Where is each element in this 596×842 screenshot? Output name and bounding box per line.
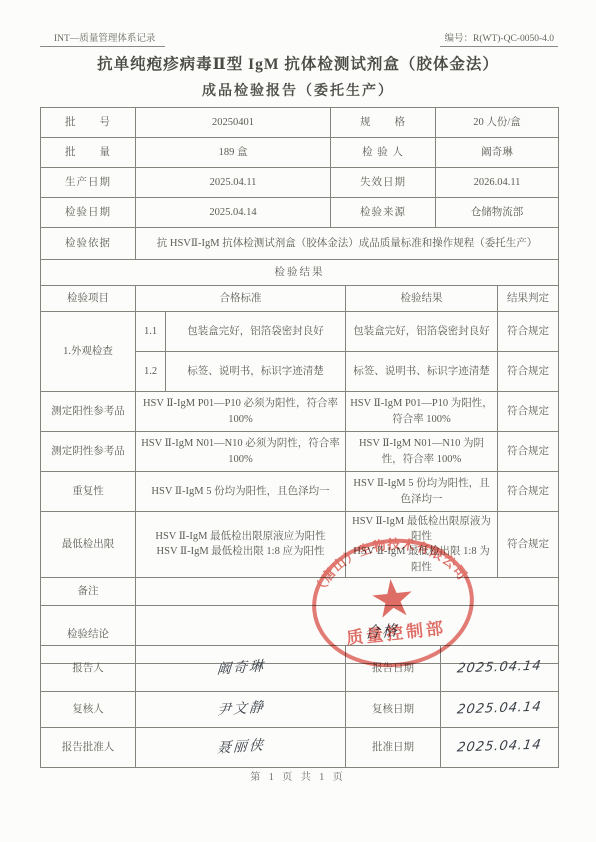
batch-no-label: 批 号 <box>41 108 136 138</box>
doc-code: 编号：R(WT)-QC-0050-4.0 <box>440 30 558 47</box>
appearance-judge: 符合规定 <box>498 312 559 352</box>
table-row: 复核人 尹文静 复核日期 2025.04.14 <box>41 692 559 728</box>
reporter-label: 报告人 <box>41 646 136 692</box>
lod-standard-line1: HSV Ⅱ-IgM 最低检出限原液应为阳性 <box>140 529 341 544</box>
source-value: 仓储物流部 <box>436 198 559 228</box>
table-row: 备注 <box>41 577 559 605</box>
doc-code-label: 编号： <box>444 34 473 44</box>
param-result: HSV Ⅱ-IgM N01—N10 为阴性，符合率 100% <box>346 432 498 472</box>
lod-result-line2: HSV Ⅱ-IgM 最低检出限 1:8 为阳性 <box>350 544 493 574</box>
page-title: 抗单纯疱疹病毒Ⅱ型 IgM 抗体检测试剂盒（胶体金法） <box>0 52 596 74</box>
table-row: 检验结果 <box>41 260 559 286</box>
col-header-result: 检验结果 <box>346 286 498 312</box>
doc-system-label: INT—质量管理体系记录 <box>40 30 165 47</box>
table-row: 重复性 HSV Ⅱ-IgM 5 份均为阳性，且色泽均一 HSV Ⅱ-IgM 5 … <box>41 472 559 512</box>
table-row: 检验日期 2025.04.14 检验来源 仓储物流部 <box>41 198 559 228</box>
approve-date-value: 2025.04.14 <box>441 728 559 768</box>
col-header-item: 检验项目 <box>41 286 136 312</box>
scanned-report-page: INT—质量管理体系记录 编号：R(WT)-QC-0050-4.0 抗单纯疱疹病… <box>0 0 596 842</box>
table-row: 测定阴性参考品 HSV Ⅱ-IgM N01—N10 必须为阴性，符合率 100%… <box>41 432 559 472</box>
review-date-label: 复核日期 <box>346 692 441 728</box>
reviewer-signature: 尹文静 <box>136 692 346 728</box>
page-header: INT—质量管理体系记录 编号：R(WT)-QC-0050-4.0 <box>40 30 558 47</box>
param-standard: HSV Ⅱ-IgM P01—P10 必须为阳性，符合率 100% <box>136 392 346 432</box>
appearance-result: 包装盒完好，铝箔袋密封良好 <box>346 312 498 352</box>
results-table: 检验结果 检验项目 合格标准 检验结果 结果判定 1.外观检查 1.1 包装盒完… <box>40 259 559 664</box>
insp-date-label: 检验日期 <box>41 198 136 228</box>
param-item: 重复性 <box>41 472 136 512</box>
param-judge: 符合规定 <box>498 392 559 432</box>
lod-result-line1: HSV Ⅱ-IgM 最低检出限原液为阳性 <box>350 514 493 544</box>
param-standard: HSV Ⅱ-IgM N01—N10 必须为阴性，符合率 100% <box>136 432 346 472</box>
lod-standard: HSV Ⅱ-IgM 最低检出限原液应为阳性 HSV Ⅱ-IgM 最低检出限 1:… <box>136 512 346 578</box>
param-judge: 符合规定 <box>498 472 559 512</box>
source-label: 检验来源 <box>331 198 436 228</box>
page-number: 第 1 页 共 1 页 <box>0 768 596 783</box>
table-row: 生产日期 2025.04.11 失效日期 2026.04.11 <box>41 168 559 198</box>
remark-label: 备注 <box>41 577 136 605</box>
page-subtitle: 成品检验报告（委托生产） <box>0 80 596 100</box>
review-date-value: 2025.04.14 <box>441 692 559 728</box>
appearance-result: 标签、说明书、标识字迹清楚 <box>346 352 498 392</box>
appearance-judge: 符合规定 <box>498 352 559 392</box>
reviewer-label: 复核人 <box>41 692 136 728</box>
table-row: 测定阳性参考品 HSV Ⅱ-IgM P01—P10 必须为阳性，符合率 100%… <box>41 392 559 432</box>
info-table: 批 号 20250401 规 格 20 人份/盒 批 量 189 盒 检 验 人… <box>40 107 559 228</box>
results-section-title: 检验结果 <box>41 260 559 286</box>
report-date-label: 报告日期 <box>346 646 441 692</box>
table-row: 1.外观检查 1.1 包装盒完好，铝箔袋密封良好 包装盒完好，铝箔袋密封良好 符… <box>41 312 559 352</box>
reporter-signature: 阚奇琳 <box>136 646 346 692</box>
basis-value: 抗 HSVⅡ-IgM 抗体检测试剂盒（胶体金法）成品质量标准和操作规程（委托生产… <box>136 228 559 260</box>
approver-signature: 聂丽侠 <box>136 728 346 768</box>
exp-date-value: 2026.04.11 <box>436 168 559 198</box>
table-row: 报告人 阚奇琳 报告日期 2025.04.14 <box>41 646 559 692</box>
table-row: 检验依据 抗 HSVⅡ-IgM 抗体检测试剂盒（胶体金法）成品质量标准和操作规程… <box>41 228 559 260</box>
approve-date-label: 批准日期 <box>346 728 441 768</box>
lod-result: HSV Ⅱ-IgM 最低检出限原液为阳性 HSV Ⅱ-IgM 最低检出限 1:8… <box>346 512 498 578</box>
batch-qty-value: 189 盒 <box>136 138 331 168</box>
param-judge: 符合规定 <box>498 432 559 472</box>
col-header-standard: 合格标准 <box>136 286 346 312</box>
appearance-row-no: 1.2 <box>136 352 166 392</box>
param-result: HSV Ⅱ-IgM 5 份均为阳性，且色泽均一 <box>346 472 498 512</box>
table-row: 批 量 189 盒 检 验 人 阚奇琳 <box>41 138 559 168</box>
table-row: 批 号 20250401 规 格 20 人份/盒 <box>41 108 559 138</box>
insp-date-value: 2025.04.14 <box>136 198 331 228</box>
approver-label: 报告批准人 <box>41 728 136 768</box>
signoff-table: 报告人 阚奇琳 报告日期 2025.04.14 复核人 尹文静 复核日期 202… <box>40 645 559 768</box>
exp-date-label: 失效日期 <box>331 168 436 198</box>
param-standard: HSV Ⅱ-IgM 5 份均为阳性，且色泽均一 <box>136 472 346 512</box>
reviewer-handwriting: 尹文静 <box>216 698 265 722</box>
appearance-standard: 标签、说明书，标识字迹清楚 <box>166 352 346 392</box>
param-item: 测定阳性参考品 <box>41 392 136 432</box>
lod-standard-line2: HSV Ⅱ-IgM 最低检出限 1:8 应为阳性 <box>140 544 341 559</box>
reporter-handwriting: 阚奇琳 <box>216 657 265 681</box>
review-date-handwriting: 2025.04.14 <box>456 699 543 721</box>
param-result: HSV Ⅱ-IgM P01—P10 为阳性，符合率 100% <box>346 392 498 432</box>
prod-date-label: 生产日期 <box>41 168 136 198</box>
lod-judge: 符合规定 <box>498 512 559 578</box>
basis-table: 检验依据 抗 HSVⅡ-IgM 抗体检测试剂盒（胶体金法）成品质量标准和操作规程… <box>40 227 559 260</box>
batch-qty-label: 批 量 <box>41 138 136 168</box>
inspector-value: 阚奇琳 <box>436 138 559 168</box>
approver-handwriting: 聂丽侠 <box>216 736 265 760</box>
report-date-value: 2025.04.14 <box>441 646 559 692</box>
table-row: 检验项目 合格标准 检验结果 结果判定 <box>41 286 559 312</box>
lod-item: 最低检出限 <box>41 512 136 578</box>
spec-value: 20 人份/盒 <box>436 108 559 138</box>
doc-code-value: R(WT)-QC-0050-4.0 <box>473 34 554 44</box>
col-header-judge: 结果判定 <box>498 286 559 312</box>
appearance-standard: 包装盒完好，铝箔袋密封良好 <box>166 312 346 352</box>
table-row: 最低检出限 HSV Ⅱ-IgM 最低检出限原液应为阳性 HSV Ⅱ-IgM 最低… <box>41 512 559 578</box>
remark-value <box>136 577 559 605</box>
appearance-item-label: 1.外观检查 <box>41 312 136 392</box>
report-date-handwriting: 2025.04.14 <box>456 658 543 680</box>
approve-date-handwriting: 2025.04.14 <box>456 737 543 759</box>
inspector-label: 检 验 人 <box>331 138 436 168</box>
appearance-row-no: 1.1 <box>136 312 166 352</box>
batch-no-value: 20250401 <box>136 108 331 138</box>
basis-label: 检验依据 <box>41 228 136 260</box>
table-row: 报告批准人 聂丽侠 批准日期 2025.04.14 <box>41 728 559 768</box>
spec-label: 规 格 <box>331 108 436 138</box>
prod-date-value: 2025.04.11 <box>136 168 331 198</box>
param-item: 测定阴性参考品 <box>41 432 136 472</box>
